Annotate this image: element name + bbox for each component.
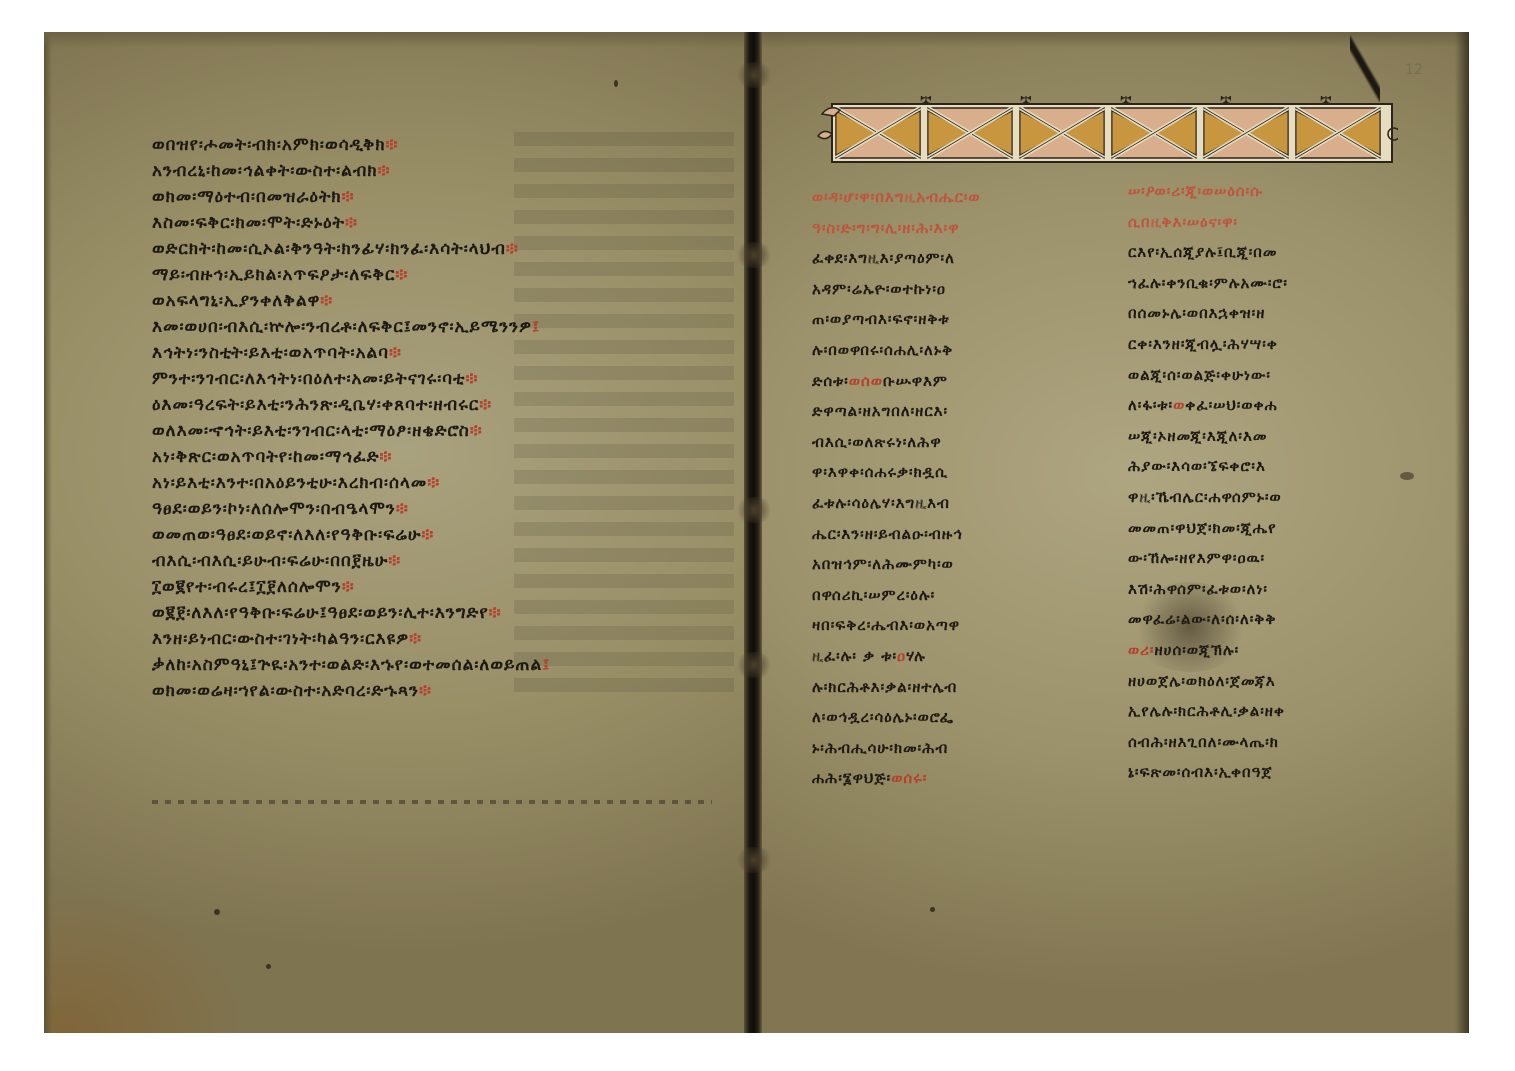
text-line: ዚፈ፡ሉ፡ ቃ ቱ፡ዐሃሉ bbox=[812, 641, 981, 672]
text-line: ሉ፡በወዋበሩ፡ሰሐሊ፡ለኑቅ bbox=[812, 335, 981, 366]
ink-spot bbox=[930, 907, 935, 912]
text-line: ድሰቱ፡ወሰወቡሡዋእም bbox=[812, 366, 981, 397]
rubric-line: ወ፡ዳ፡ሆ፡ዋ፡በእግዚአብሔር፡ወ bbox=[812, 182, 981, 213]
text-line: ለ፡ወኅዷረ፡ሳዕሌኑ፡ወሮፌ bbox=[812, 702, 981, 733]
text-line: ወ፪፻፡ለእለ፡የዓቅቡ፡ፍሬሁ፤ዓፀደ፡ወይን፡ሊተ፡እንግድየ፨ bbox=[152, 600, 550, 626]
rubric-line: ሲበዚቅእ፡ሠዕና፡ዋ፡ bbox=[1128, 207, 1288, 238]
punctuation-mark: ፨ bbox=[395, 265, 408, 285]
text-line: ኢየሌሉ፡ክርሕቶሊ፡ቃል፡ዘቀ bbox=[1128, 696, 1288, 727]
text-line: ወአፍላግኒ፡ኢያንቀለቅልዋ፨ bbox=[152, 288, 550, 314]
binding-stitch bbox=[734, 62, 774, 88]
text-line: ብእሲ፡ወለጽሩነ፡ለሕዋ bbox=[812, 427, 981, 458]
binding-stitch bbox=[734, 652, 774, 678]
text-line: ለ፡ፋ፡ቱ፡ወቀፈ፡ሠህ፡ወቀሐ bbox=[1128, 390, 1288, 421]
book-gutter bbox=[744, 32, 762, 1033]
rubric-word: ወሰወ bbox=[849, 372, 883, 390]
text-line: እመ፡ወሀበ፡ብእሲ፡ኵሎ፡ንብረቶ፡ለፍቅር፤መንኖ፡ኢይሜንንዎ፤ bbox=[152, 314, 550, 340]
text-line: ሕያው፡እሳወ፡ኜፍቀሮ፡እ bbox=[1128, 451, 1288, 482]
dotted-rule bbox=[152, 800, 712, 804]
punctuation-mark: ፨ bbox=[389, 343, 402, 363]
text-line: ኀፈሉ፡ቀንቢቁ፡ምሉአሙ፡ሮ፡ bbox=[1128, 268, 1288, 299]
text-line: ወክመ፡ወሬዛ፡ኀየል፡ውስተ፡አድባረ፡ድኁጻን፨ bbox=[152, 678, 550, 704]
text-line: ኔ፡ፍጽመ፡ሰብእ፡ኢቀበዓጀ bbox=[1128, 757, 1288, 788]
text-line: ወክመ፡ማዕተብ፡በመዝራዕትክ፨ bbox=[152, 184, 550, 210]
punctuation-mark: ፤ bbox=[532, 317, 540, 337]
text-line: ወመጠወ፡ዓፀደ፡ወይኖ፡ለእለ፡የዓቅቡ፡ፍሬሁ፨ bbox=[152, 522, 550, 548]
text-line: ወልጂ፡ሰ፡ወልጅ፡ቀሁነው፡ bbox=[1128, 360, 1288, 391]
text-line: ምንተ፡ንገብር፡ለእኅትነ፡በዕለተ፡አመ፡ይትናገሩ፡ባቲ፨ bbox=[152, 366, 550, 392]
text-line: ዋ፡እዋቀ፡ሰሐሩቃ፡ክዷሲ bbox=[812, 457, 981, 488]
text-line: አነ፡ቅጽር፡ወአጥባትየ፡ከመ፡ማኅፈድ፨ bbox=[152, 444, 550, 470]
punctuation-mark: ፨ bbox=[470, 421, 483, 441]
text-line: ፲ወ፪የተ፡ብሩረ፤፲፻ለሰሎሞን፨ bbox=[152, 574, 550, 600]
punctuation-mark: ፨ bbox=[489, 603, 502, 623]
manuscript-spread: ወበዝየ፡ሖመት፡ብክ፡አምክ፡ወሳዲቅክ፨አንብረኒ፡ከመ፡ኅልቀት፡ውስተ፡… bbox=[44, 32, 1469, 1033]
text-line: ሐሕ፡፮ዋህጅ፡ወሰሩ፡ bbox=[812, 763, 981, 794]
text-line: ዋዚ፡ኼብሌር፡ሐዋሰምኑ፡ወ bbox=[1128, 482, 1288, 513]
text-line: ጠ፡ወያጣብእ፡ፍኖ፡ዘቅቱ bbox=[812, 304, 981, 335]
decorated-headpiece: ✠✠✠✠✠ bbox=[816, 96, 1398, 168]
punctuation-mark: ፨ bbox=[506, 239, 519, 259]
text-line: ርቀ፡እንዘ፡ጂብሏ፡ሕሃሣ፡ቀ bbox=[1128, 329, 1288, 360]
text-line: እኅትነ፡ንስቲት፡ይእቲ፡ወአጥባት፡አልባ፨ bbox=[152, 340, 550, 366]
text-line: አበዝኅም፡ለሕሙምካ፡ወ bbox=[812, 549, 981, 580]
text-line: መመጠ፡ዋህጀ፡ክመ፡ጂሔየ bbox=[1128, 513, 1288, 544]
punctuation-mark: ፨ bbox=[342, 577, 355, 597]
punctuation-mark: ፨ bbox=[409, 629, 422, 649]
text-line: ማይ፡ብዙኅ፡ኢይክል፡አጥፍዖታ፡ለፍቅር፨ bbox=[152, 262, 550, 288]
punctuation-mark: ፨ bbox=[419, 681, 432, 701]
punctuation-mark: ፨ bbox=[465, 369, 478, 389]
text-line: ው፡ኸሎ፡ዘየእምዋ፡ዐዉ፡ bbox=[1128, 543, 1288, 574]
binding-stitch bbox=[734, 242, 774, 268]
punctuation-mark: ፨ bbox=[479, 395, 492, 415]
punctuation-mark: ፨ bbox=[421, 525, 434, 545]
text-line: ኑ፡ሕብሒሳሁ፡ክመ፡ሕብ bbox=[812, 733, 981, 764]
text-line: አንብረኒ፡ከመ፡ኅልቀት፡ውስተ፡ልብክ፨ bbox=[152, 158, 550, 184]
text-line: ወበዝየ፡ሖመት፡ብክ፡አምክ፡ወሳዲቅክ፨ bbox=[152, 132, 550, 158]
right-page: 12 ✠✠✠✠✠ ወ፡ዳ፡ሆ፡ዋ፡በእግዚአብሔር፡ወዓ፡ስ፡ድ፡ግ፡ግ፡ሊ፡ዘ… bbox=[750, 32, 1469, 1033]
text-line: እንዘ፡ይነብር፡ውስተ፡ገነት፡ካልዓን፡ርእዩዎ፨ bbox=[152, 626, 550, 652]
punctuation-mark: ፨ bbox=[396, 499, 409, 519]
text-line: ቃለከ፡አስምዓኒ፤ጕዪ፡አንተ፡ወልድ፡እኁየ፡ወተመሰል፡ለወይጠል፤ bbox=[152, 652, 550, 678]
text-line: ብእሲ፡ብእሲ፡ይሁብ፡ፍሬሁ፡በበ፻ዜሁ፨ bbox=[152, 548, 550, 574]
rubric-word: ዐ bbox=[897, 647, 906, 665]
ink-spot bbox=[1400, 472, 1414, 480]
rubric-word: ወሰሩ፡ bbox=[891, 769, 927, 787]
text-line: ሔር፡እን፡ዘ፡ይብልዑ፡ብዙኅ bbox=[812, 519, 981, 550]
ink-spot bbox=[614, 80, 618, 87]
right-page-column-1: ወ፡ዳ፡ሆ፡ዋ፡በእግዚአብሔር፡ወዓ፡ስ፡ድ፡ግ፡ግ፡ሊ፡ዘ፡ሕ፡እ፡ዋፈቀደ… bbox=[812, 182, 981, 794]
text-line: ሰብሕ፡ዘእጊበለ፡ሙላጤ፡ክ bbox=[1128, 727, 1288, 758]
text-line: በሰመኑሌ፡ወበእኋቀዝ፡ዘ bbox=[1128, 298, 1288, 329]
binding-stitch bbox=[734, 497, 774, 523]
punctuation-mark: ፨ bbox=[427, 473, 440, 493]
rubric-line: ሠ፡ዖወ፡ሪ፡ጂ፡ወሠዕሰ፡ሱ bbox=[1128, 176, 1288, 207]
ink-smudge bbox=[1130, 582, 1250, 672]
punctuation-mark: ፨ bbox=[388, 551, 401, 571]
text-line: ድዋጣል፡ዘአግበለ፡ዘርእ፡ bbox=[812, 396, 981, 427]
punctuation-mark: ፨ bbox=[345, 213, 358, 233]
punctuation-mark: ፨ bbox=[386, 135, 399, 155]
rubric-line: ዓ፡ስ፡ድ፡ግ፡ግ፡ሊ፡ዘ፡ሕ፡እ፡ዋ bbox=[812, 213, 981, 244]
text-line: ሉ፡ክርሕቶእ፡ቃል፡ዘተሌብ bbox=[812, 672, 981, 703]
page-crease bbox=[1350, 32, 1380, 102]
punctuation-mark: ፤ bbox=[542, 655, 550, 675]
text-line: ፈቀደ፡እግዚእ፡ያጣዕም፡ለ bbox=[812, 243, 981, 274]
binding-stitch bbox=[734, 847, 774, 873]
text-line: ርእየ፡ኢሰጂያሉ፤ቢጂ፡በመ bbox=[1128, 237, 1288, 268]
text-line: ሠጂ፡ኦዘመጂ፡እጂለ፡እመ bbox=[1128, 421, 1288, 452]
text-line: ዘሀወጀሌ፡ወክዕለ፡ጀመጃእ bbox=[1128, 666, 1288, 697]
text-line: ፈቱሉ፡ሳዕሌሃ፡እግዚእብ bbox=[812, 488, 981, 519]
text-line: ዛበ፡ፍቅረ፡ሔብእ፡ወአጣዋ bbox=[812, 610, 981, 641]
punctuation-mark: ፨ bbox=[342, 187, 355, 207]
left-page: ወበዝየ፡ሖመት፡ብክ፡አምክ፡ወሳዲቅክ፨አንብረኒ፡ከመ፡ኅልቀት፡ውስተ፡… bbox=[44, 32, 750, 1033]
text-line: በዋሰሪኪ፡ሠምረ፡ዕሉ፡ bbox=[812, 580, 981, 611]
text-line: ዓፀደ፡ወይን፡ኮነ፡ለሰሎሞን፡በብዔላሞን፨ bbox=[152, 496, 550, 522]
text-line: እስመ፡ፍቅር፡ክመ፡ሞት፡ድኑዕት፨ bbox=[152, 210, 550, 236]
rubric-word: ወ bbox=[1173, 396, 1185, 414]
folio-number: 12 bbox=[1405, 62, 1423, 78]
text-line: ወድርክት፡ከመ፡ሲኦል፡ቅንዓት፡ክንፊሃ፡ክንፈ፡እሳት፡ላህብ፨ bbox=[152, 236, 550, 262]
punctuation-mark: ፨ bbox=[320, 291, 333, 311]
right-page-column-2: ሠ፡ዖወ፡ሪ፡ጂ፡ወሠዕሰ፡ሱሲበዚቅእ፡ሠዕና፡ዋ፡ርእየ፡ኢሰጂያሉ፤ቢጂ፡… bbox=[1128, 176, 1288, 788]
ink-spot bbox=[266, 964, 271, 969]
ink-spot bbox=[214, 909, 220, 915]
page-top-edge bbox=[44, 32, 750, 48]
text-line: ዕእመ፡ዓረፍት፡ይእቲ፡ንሕንጽ፡ዲቤሃ፡ቀጸባተ፡ዘብሩር፨ bbox=[152, 392, 550, 418]
text-line: አዳም፡ሬኡዮ፡ወተኩነ፡ዐ bbox=[812, 274, 981, 305]
text-line: ወለእመ፡ኆኅት፡ይእቲ፡ንገብር፡ላቲ፡ማዕፆ፡ዘቄድሮስ፨ bbox=[152, 418, 550, 444]
punctuation-mark: ፨ bbox=[379, 447, 392, 467]
punctuation-mark: ፨ bbox=[378, 161, 391, 181]
left-page-text: ወበዝየ፡ሖመት፡ብክ፡አምክ፡ወሳዲቅክ፨አንብረኒ፡ከመ፡ኅልቀት፡ውስተ፡… bbox=[152, 132, 550, 704]
text-line: አነ፡ይእቲ፡እንተ፡በአዕይንቲሁ፡እረክብ፡ሰላመ፨ bbox=[152, 470, 550, 496]
